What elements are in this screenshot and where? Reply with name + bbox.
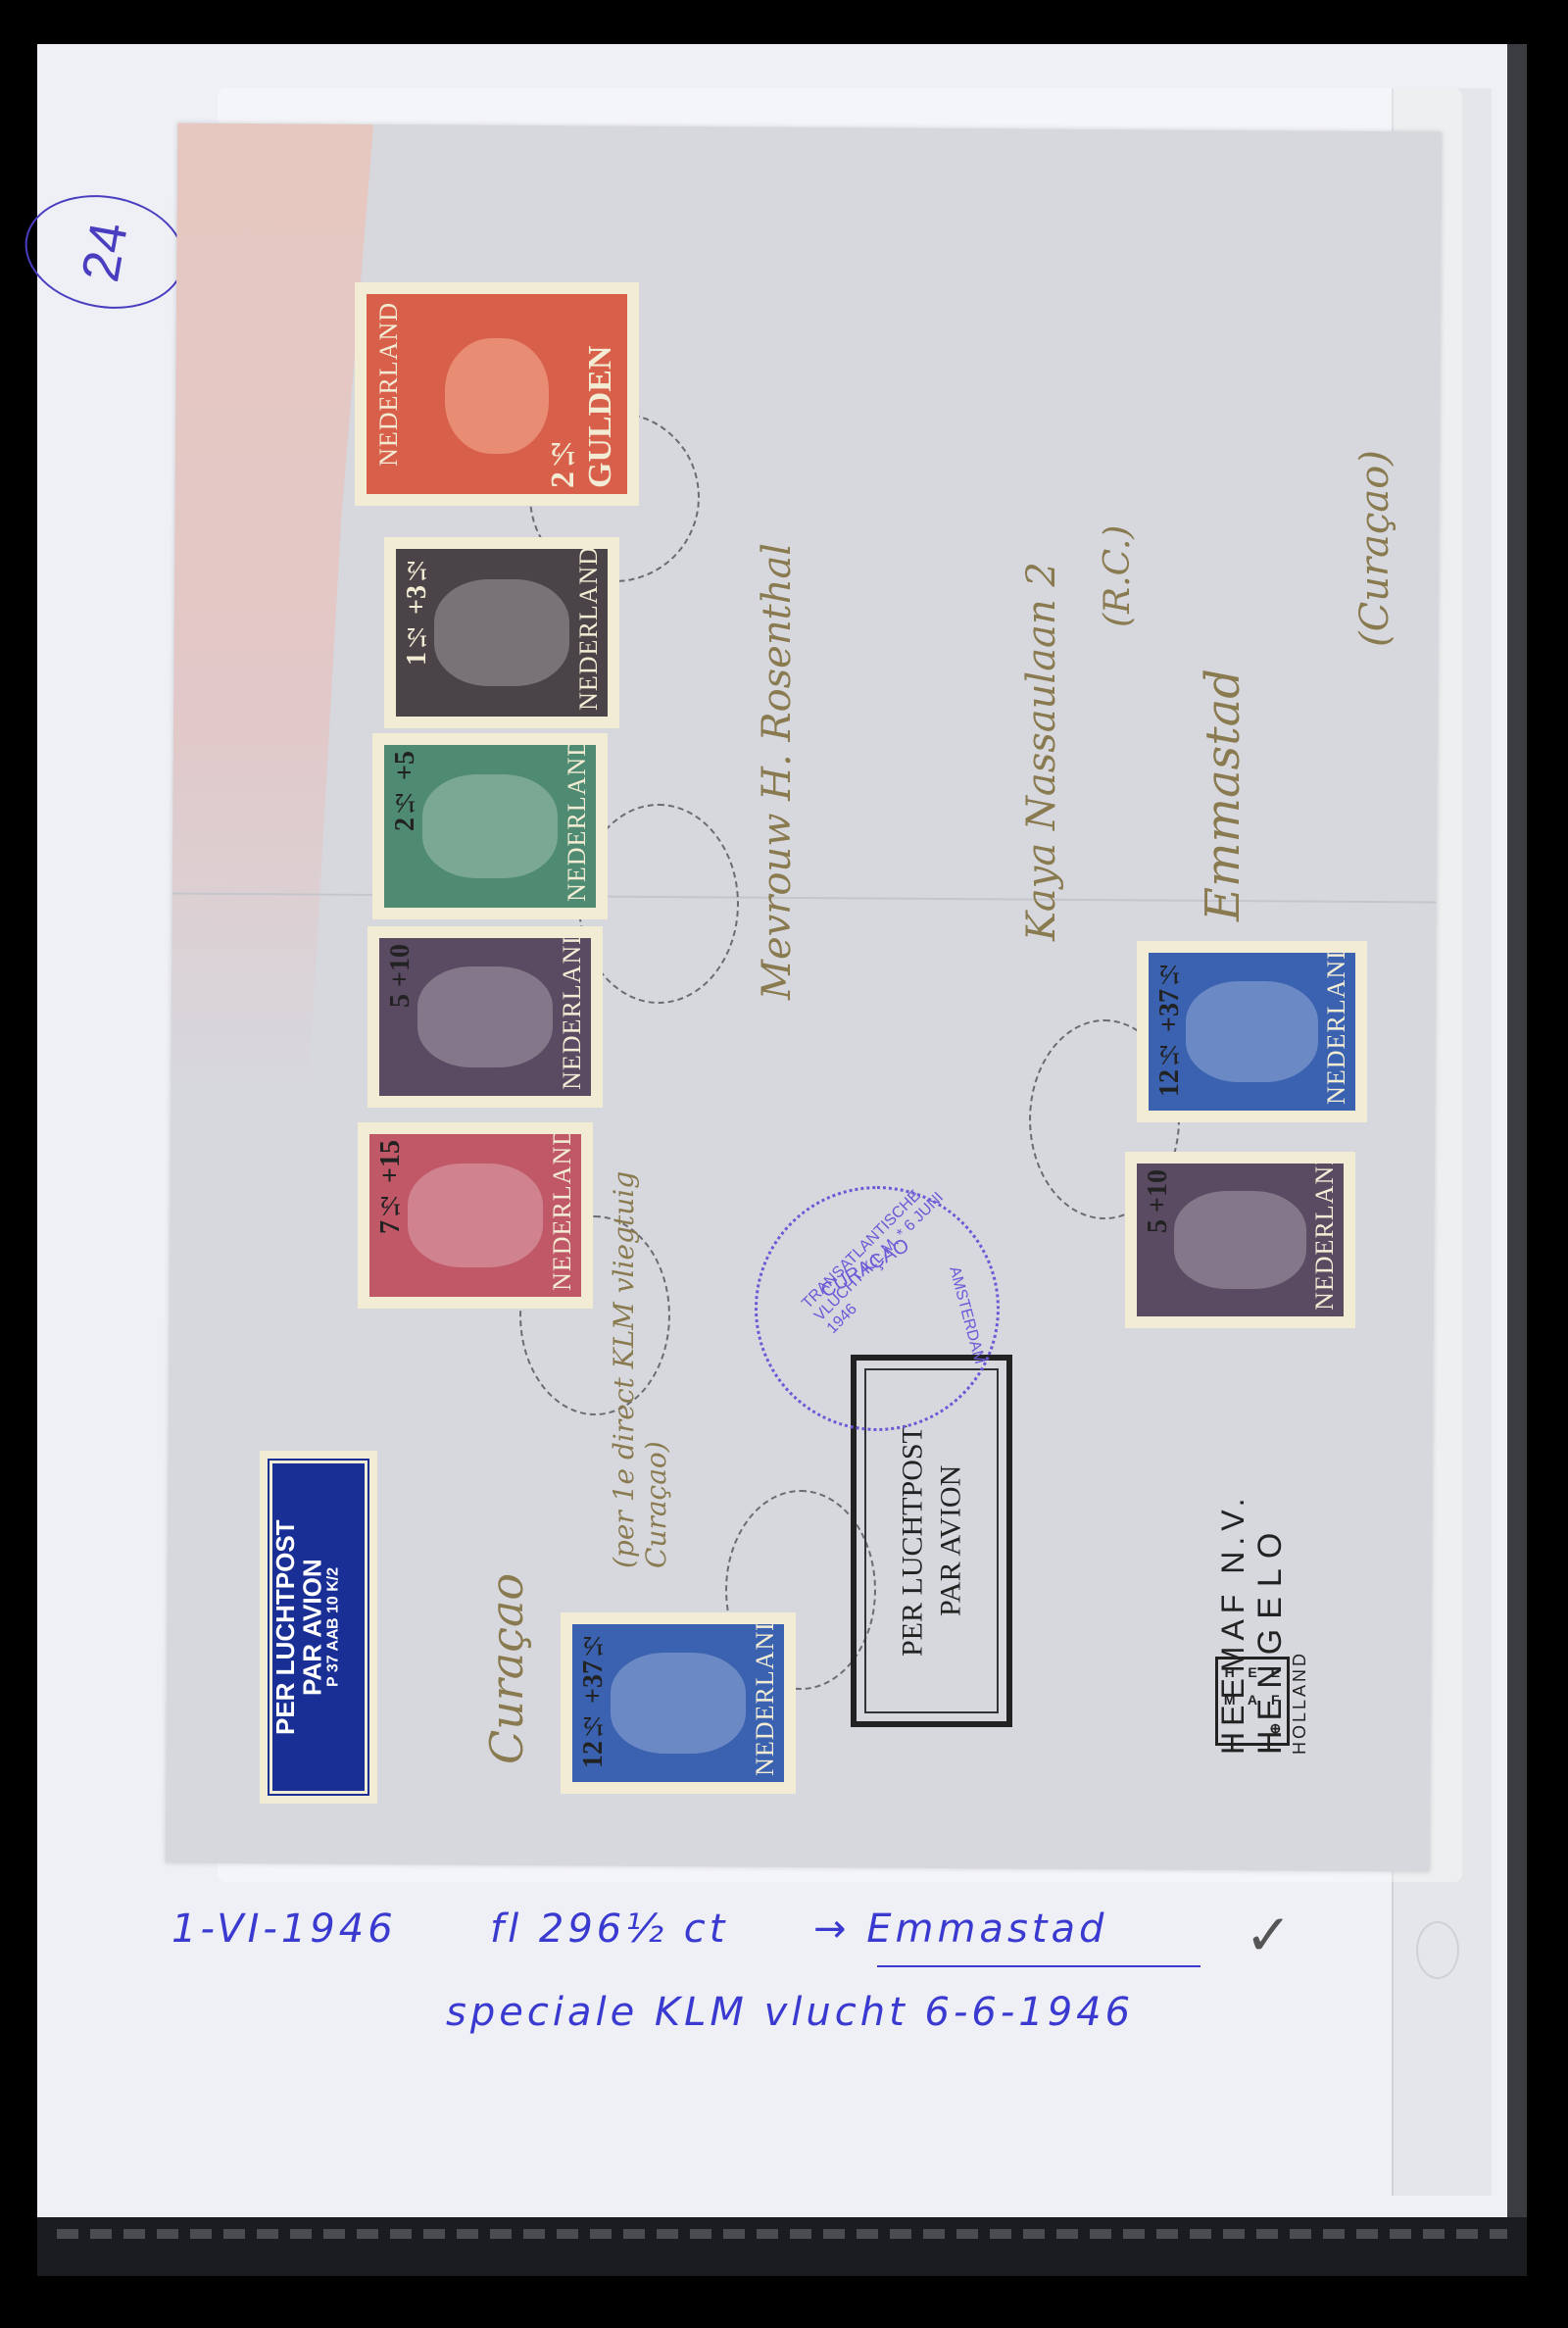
cachet-bottom-text: AMSTERDAM: [945, 1264, 988, 1365]
stamp-harvest: 5 +10 NEDERLAND: [1125, 1152, 1355, 1328]
stamp-country: NEDERLAND: [574, 549, 604, 711]
album-binder-edge: [1507, 44, 1527, 2250]
harvest-figure: [1174, 1191, 1306, 1289]
album-binder-bottom: [37, 2217, 1527, 2276]
torn-edge: [171, 124, 373, 1105]
harvest-figure: [408, 1164, 543, 1267]
stamp-country: NEDERLAND: [1310, 1164, 1340, 1311]
stamp-harvest: 12½ +37½ NEDERLAND: [1137, 941, 1367, 1122]
stamp-harvest: 2½ +5 NEDERLAND: [372, 733, 608, 919]
stamp-value: 12½ +37½: [1154, 959, 1186, 1097]
stamp-queen-wilhelmina: NEDERLAND 2½ GULDEN: [355, 282, 639, 506]
stamp-country: NEDERLAND: [751, 1624, 780, 1776]
note-underline: [877, 1965, 1200, 1967]
stamp-harvest: 5 +10 NEDERLAND: [367, 926, 603, 1108]
logo-cell: E: [1241, 1659, 1263, 1687]
stamp-face: 7½ +15 NEDERLAND: [369, 1134, 581, 1297]
airmail-label-inner: PER LUCHTPOST PAR AVION P 37 AA B 10 K/2: [269, 1461, 367, 1794]
stamp-country: NEDERLAND: [558, 938, 587, 1090]
handwritten-region: (R.C.): [1098, 431, 1138, 627]
harvest-figure: [1186, 981, 1318, 1082]
stamp-value: 1½ +3½: [402, 555, 433, 666]
airmail-line1: PER LUCHTPOST: [272, 1519, 299, 1735]
stamp-country: NEDERLAND: [548, 1134, 577, 1291]
queen-portrait: [445, 338, 549, 454]
binder-holes: [57, 2229, 1507, 2239]
airmail-code-left: P 37 AA: [326, 1629, 365, 1688]
stamp-harvest: 12½ +37½ NEDERLAND: [561, 1612, 796, 1794]
stamp-value: 2½ GULDEN: [545, 294, 619, 488]
note-date: 1-VI-1946: [171, 1907, 397, 1952]
stamp-value: 5 +10: [1143, 1169, 1174, 1233]
stamp-value: 7½ +15: [375, 1140, 407, 1234]
klm-flight-cachet: TRANSATLANTISCHE VLUCHT K.L.M. * 6 JUNI …: [755, 1186, 1000, 1431]
note-postage: fl 296½ ct: [490, 1907, 728, 1952]
logo-cell: A: [1241, 1687, 1263, 1714]
note-flight: speciale KLM vlucht 6-6-1946: [446, 1990, 1134, 2035]
handwritten-addressee: Mevrouw H. Rosenthal: [755, 314, 800, 1000]
handwritten-street: Kaya Nassaulaan 2: [1019, 412, 1064, 941]
sender-country: HOLLAND: [1290, 1343, 1310, 1755]
handwritten-island: (Curaçao): [1352, 353, 1397, 647]
airmail-line2: PAR AVION: [299, 1559, 325, 1696]
handwritten-routing: Curaçao: [480, 1470, 533, 1764]
stamp-face: 12½ +37½ NEDERLAND: [572, 1624, 784, 1782]
harvest-figure: [422, 774, 558, 878]
airbox-line2: PAR AVION: [932, 1465, 970, 1616]
logo-cell: H: [1218, 1659, 1241, 1687]
airbox-line1: PER LUCHTPOST: [894, 1425, 932, 1657]
stamp-harvest: 1½ +3½ NEDERLAND: [384, 537, 619, 728]
handwritten-city: Emmastad: [1196, 529, 1250, 921]
harvest-figure: [434, 579, 569, 686]
stamp-country: NEDERLAND: [1322, 953, 1351, 1105]
stamp-face: NEDERLAND 2½ GULDEN: [367, 294, 627, 494]
airmail-codes: P 37 AA B 10 K/2: [326, 1567, 365, 1688]
stamp-face: 5 +10 NEDERLAND: [1137, 1164, 1344, 1316]
hemaf-logo-icon: H E E M A F ⊕: [1215, 1657, 1290, 1746]
stamp-face: 1½ +3½ NEDERLAND: [396, 549, 608, 717]
airmail-label-text: PER LUCHTPOST PAR AVION P 37 AA B 10 K/2: [272, 1463, 365, 1791]
stamp-face: 5 +10 NEDERLAND: [379, 938, 591, 1096]
logo-cell: [1241, 1715, 1263, 1743]
stamp-value: 12½ +37½: [578, 1630, 610, 1768]
stamp-country: NEDERLAND: [374, 302, 404, 467]
note-destination: → Emmastad: [813, 1907, 1107, 1952]
harvest-figure: [611, 1653, 746, 1754]
airmail-label: PER LUCHTPOST PAR AVION P 37 AA B 10 K/2: [260, 1451, 377, 1804]
logo-cell: F: [1264, 1687, 1287, 1714]
logo-cell: E: [1264, 1659, 1287, 1687]
binder-ring-hole: [1416, 1921, 1459, 1979]
stamp-harvest: 7½ +15 NEDERLAND: [358, 1122, 593, 1309]
stamp-country: NEDERLAND: [563, 745, 592, 902]
stamp-value: 5 +10: [385, 944, 416, 1008]
stamp-value: 2½ +5: [390, 751, 421, 831]
logo-cell: M: [1218, 1687, 1241, 1714]
airmail-code-right: B 10 K/2: [326, 1567, 365, 1629]
check-mark-icon: ✓: [1245, 1902, 1293, 1968]
stamp-face: 12½ +37½ NEDERLAND: [1149, 953, 1355, 1111]
logo-cell: ⊕: [1264, 1715, 1287, 1743]
handwritten-routing-note: (per 1e direct KLM vliegtuig Curaçao): [608, 1078, 672, 1568]
harvest-figure: [417, 966, 553, 1067]
logo-cell: [1218, 1715, 1241, 1743]
stamp-face: 2½ +5 NEDERLAND: [384, 745, 596, 908]
